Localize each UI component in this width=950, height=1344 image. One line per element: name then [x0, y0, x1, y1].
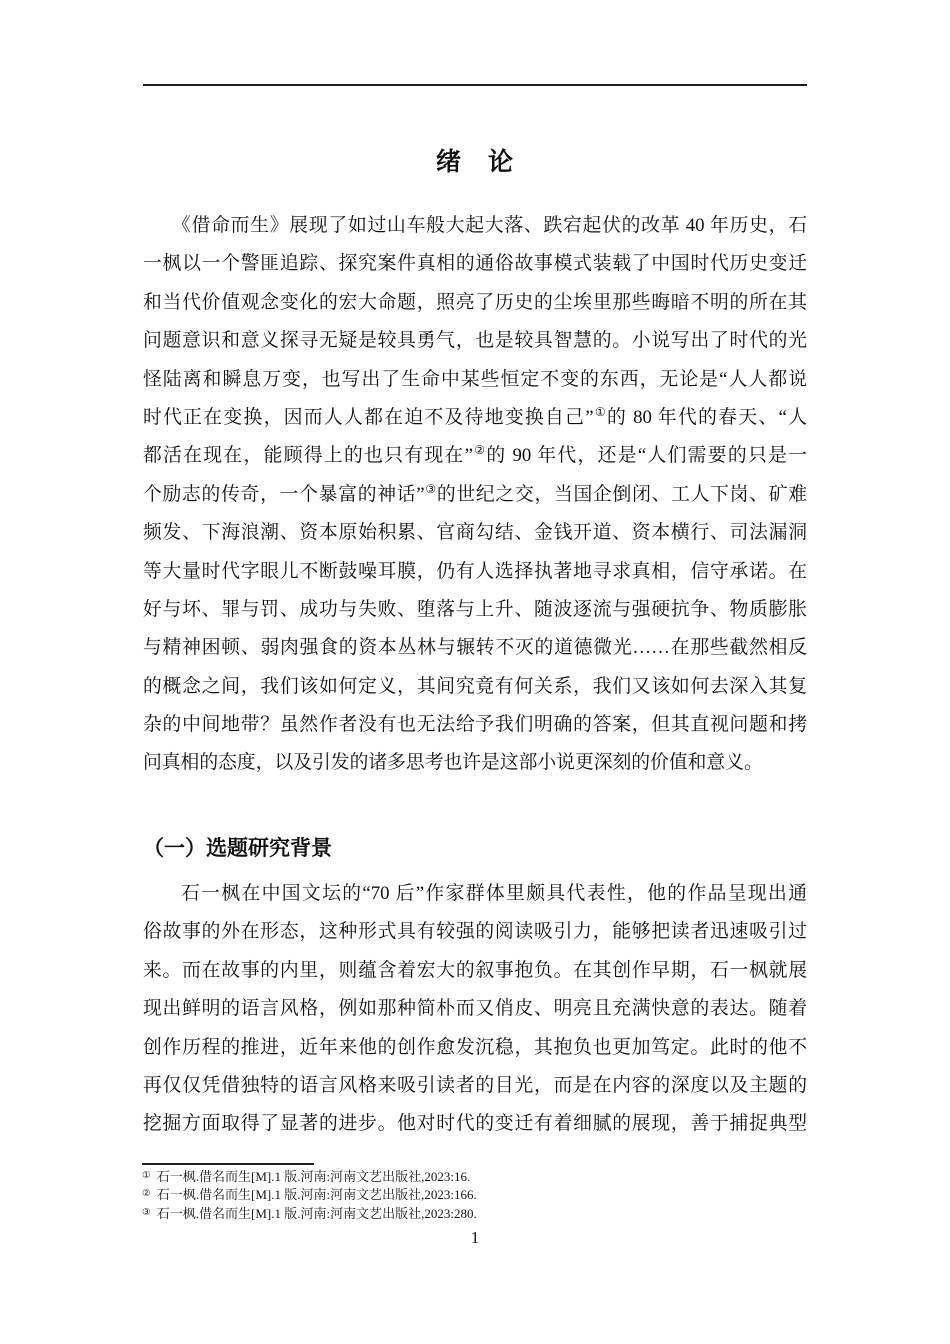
paragraph-line: 一枫以一个警匪追踪、探究案件真相的通俗故事模式装载了中国时代历史变迁 [143, 245, 807, 283]
footnote-separator [142, 1163, 314, 1165]
paragraph-line: 俗故事的外在形态，这种形式具有较强的阅读吸引力，能够把读者迅速吸引过 [143, 913, 807, 951]
paragraph-line: 问真相的态度，以及引发的诸多思考也许是这部小说更深刻的价值和意义。 [143, 744, 807, 782]
paragraph-line: 都活在现在，能顾得上的也只有现在”②的 90 年代，还是“人们需要的只是一 [143, 437, 807, 475]
paragraph-line: 和当代价值观念变化的宏大命题，照亮了历史的尘埃里那些晦暗不明的所在其 [143, 284, 807, 322]
paragraph-line: 频发、下海浪潮、资本原始积累、官商勾结、金钱开道、资本横行、司法漏洞 [143, 514, 807, 552]
page-number: 1 [143, 1226, 807, 1250]
paragraph-line: 再仅仅凭借独特的语言风格来吸引读者的目光，而是在内容的深度以及主题的 [143, 1067, 807, 1105]
paragraph-line: 的概念之间，我们该如何定义，其间究竟有何关系，我们又该如何去深入其复 [143, 668, 807, 706]
paragraph-line: 与精神困顿、弱肉强食的资本丛林与辗转不灭的道德微光……在那些截然相反 [143, 629, 807, 667]
paragraph-line: 挖掘方面取得了显著的进步。他对时代的变迁有着细腻的展现，善于捕捉典型 [143, 1105, 807, 1143]
paragraph-line: 石一枫在中国文坛的“70 后”作家群体里颇具代表性，他的作品呈现出通 [143, 875, 807, 913]
paragraph-line: 创作历程的推进，近年来他的创作愈发沉稳，其抱负也更加笃定。此时的他不 [143, 1029, 807, 1067]
footnote-item: ② 石一枫.借名而生[M].1 版.河南:河南文艺出版社,2023:166. [142, 1186, 806, 1204]
section-paragraph: 石一枫在中国文坛的“70 后”作家群体里颇具代表性，他的作品呈现出通 俗故事的外… [143, 875, 807, 1144]
paragraph-line: 来。而在故事的内里，则蕴含着宏大的叙事抱负。在其创作早期，石一枫就展 [143, 952, 807, 990]
paragraph-line: 好与坏、罪与罚、成功与失败、堕落与上升、随波逐流与强硬抗争、物质膨胀 [143, 591, 807, 629]
paragraph-line: 时代正在变换，因而人人都在迫不及待地变换自己”①的 80 年代的春天、“人 [143, 399, 807, 437]
document-page: 绪 论 《借命而生》展现了如过山车般大起大落、跌宕起伏的改革 40 年历史，石 … [0, 0, 950, 1344]
intro-paragraph: 《借命而生》展现了如过山车般大起大落、跌宕起伏的改革 40 年历史，石 一枫以一… [143, 207, 807, 783]
section-heading: （一）选题研究背景 [143, 834, 332, 863]
paragraph-line: 杂的中间地带？虽然作者没有也无法给予我们明确的答案，但其直视问题和拷 [143, 706, 807, 744]
paragraph-line: 个励志的传奇，一个暴富的神话”③的世纪之交，当国企倒闭、工人下岗、矿难 [143, 476, 807, 514]
footnote-item: ③ 石一枫.借名而生[M].1 版.河南:河南文艺出版社,2023:280. [142, 1205, 806, 1223]
paragraph-line: 等大量时代字眼儿不断鼓噪耳膜，仍有人选择执著地寻求真相，信守承诺。在 [143, 553, 807, 591]
page-title: 绪 论 [143, 148, 807, 176]
paragraph-line: 问题意识和意义探寻无疑是较具勇气，也是较具智慧的。小说写出了时代的光 [143, 322, 807, 360]
footnote-item: ① 石一枫.借名而生[M].1 版.河南:河南文艺出版社,2023:16. [142, 1168, 806, 1186]
footnotes: ① 石一枫.借名而生[M].1 版.河南:河南文艺出版社,2023:16. ② … [142, 1168, 806, 1223]
paragraph-line: 现出鲜明的语言风格，例如那种简朴而又俏皮、明亮且充满快意的表达。随着 [143, 990, 807, 1028]
paragraph-line: 怪陆离和瞬息万变，也写出了生命中某些恒定不变的东西，无论是“人人都说 [143, 361, 807, 399]
paragraph-line: 《借命而生》展现了如过山车般大起大落、跌宕起伏的改革 40 年历史，石 [143, 207, 807, 245]
header-rule [143, 84, 807, 86]
